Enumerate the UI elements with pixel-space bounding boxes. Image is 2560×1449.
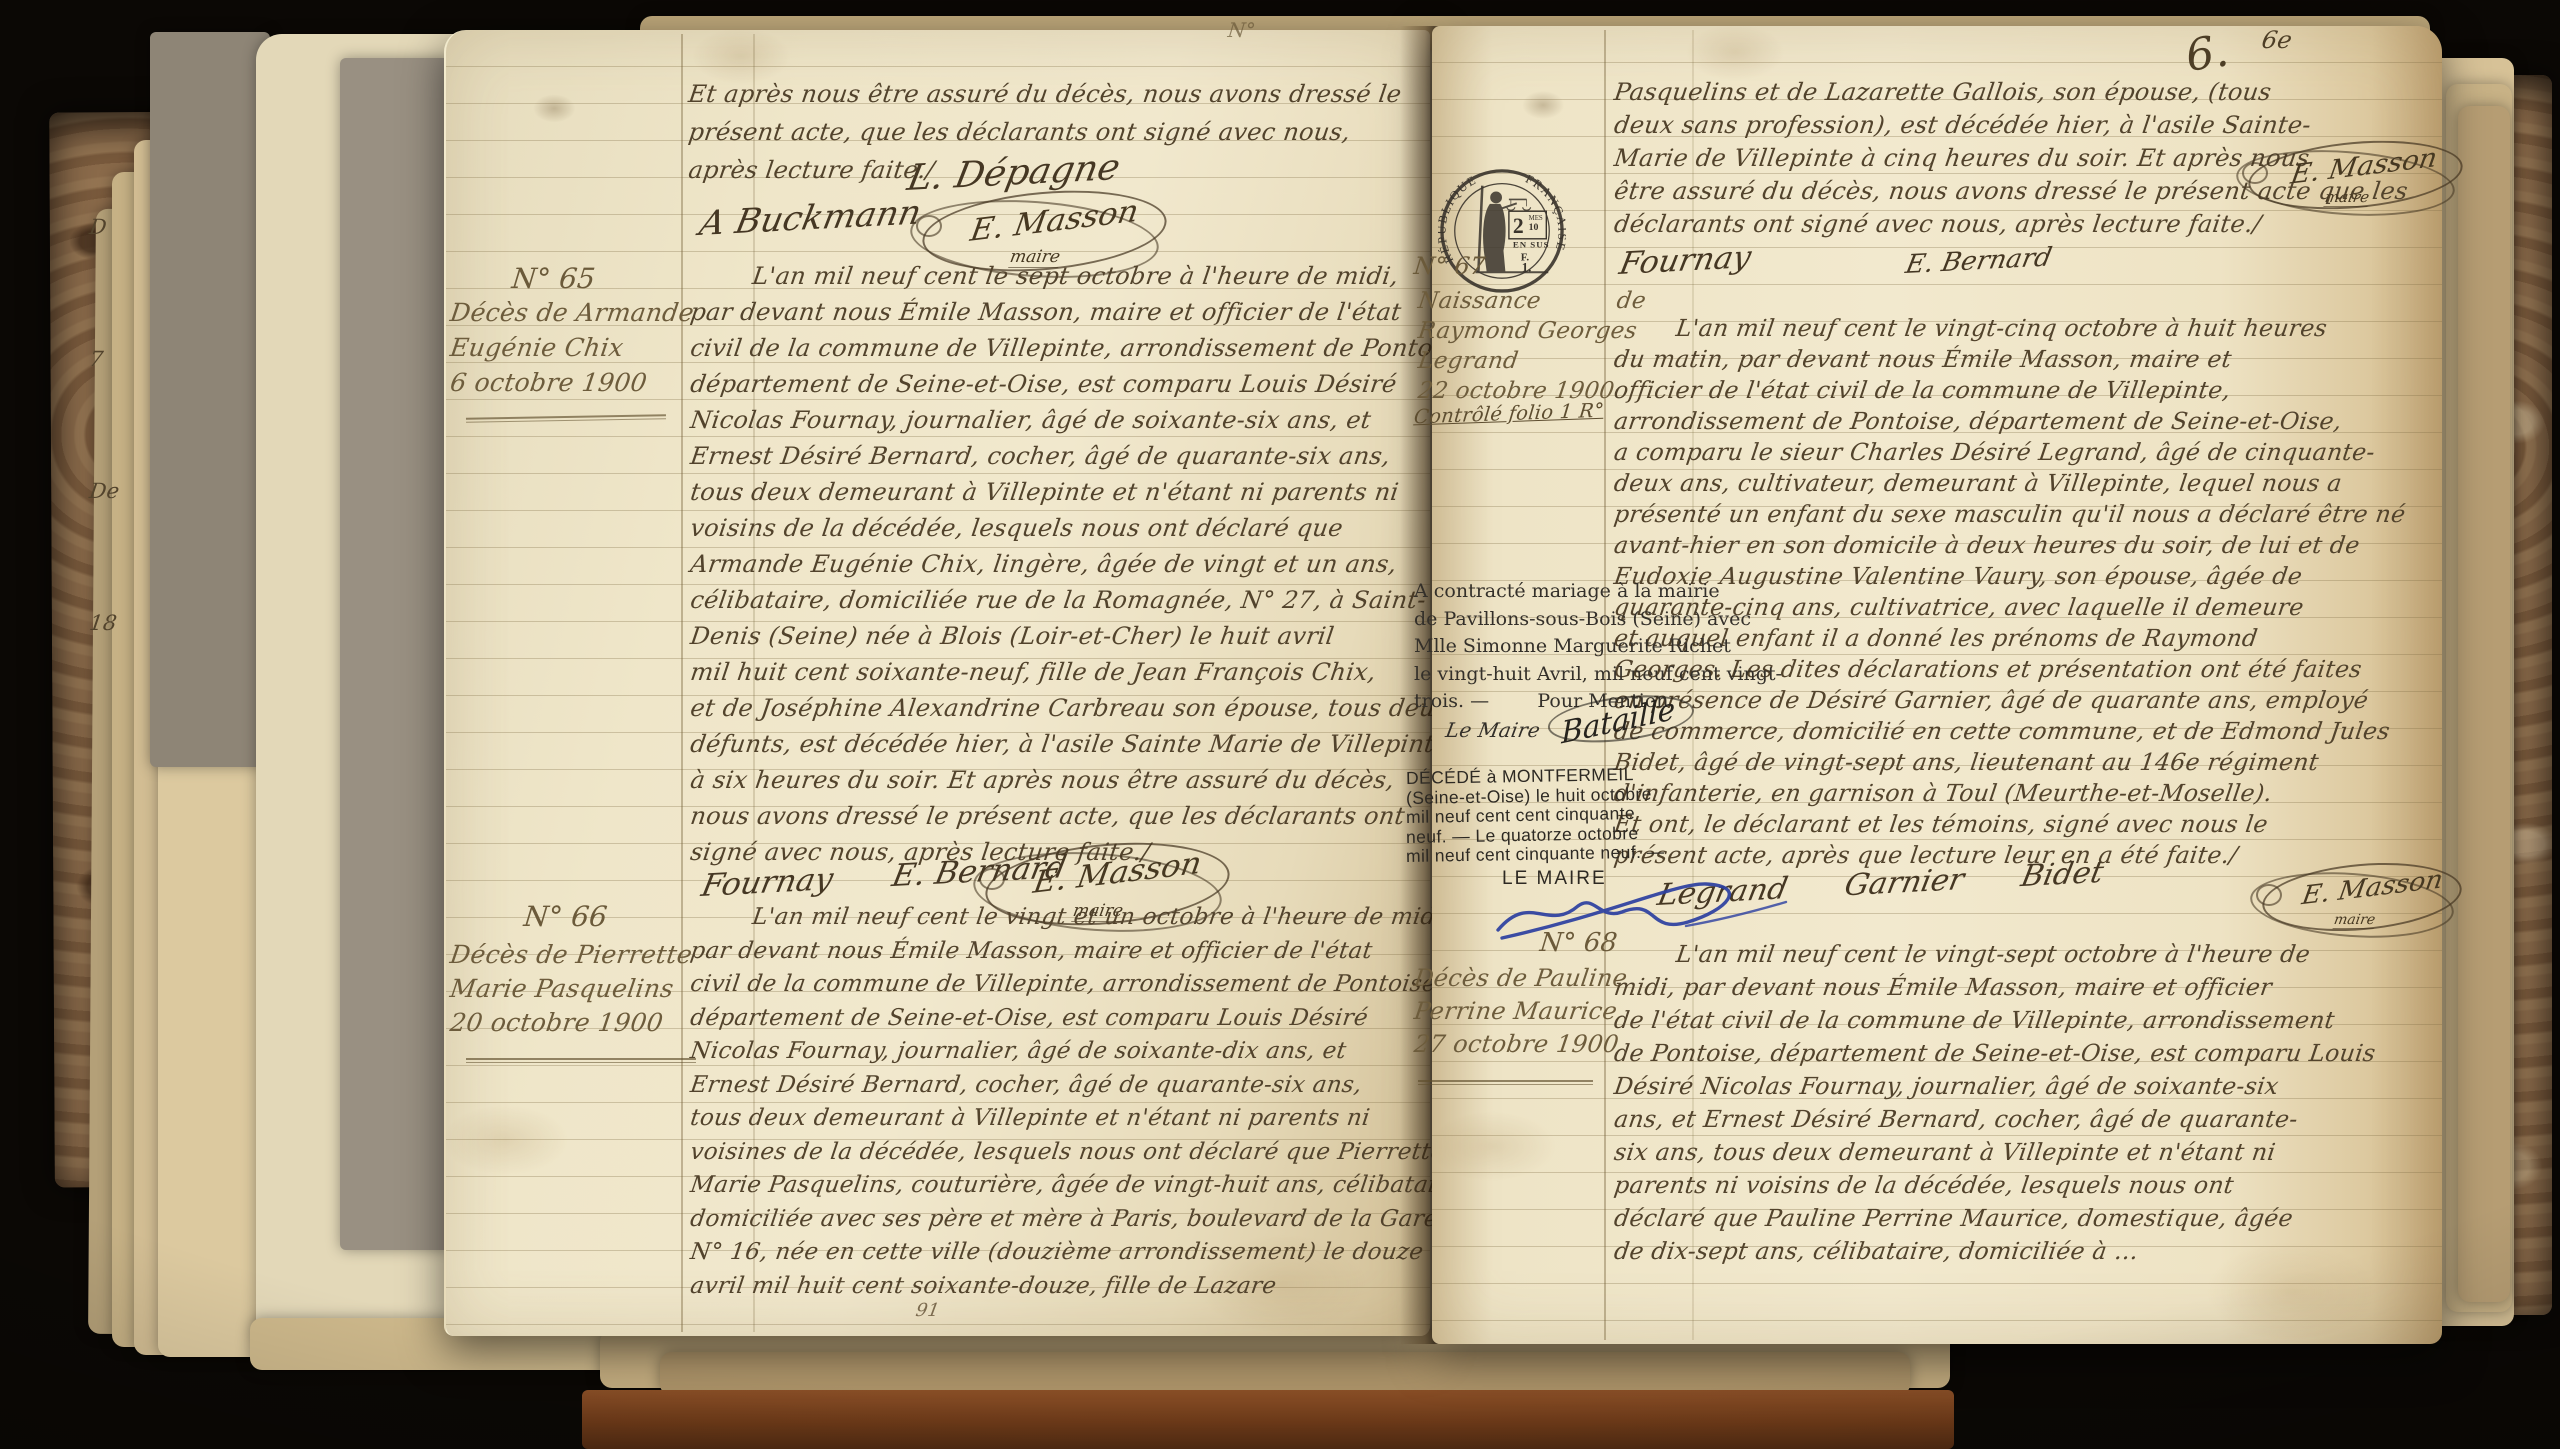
text-line: six ans, tous deux demeurant à Villepint… xyxy=(1612,1138,2442,1171)
left-page-corner-mark: N° xyxy=(1227,18,1257,42)
svg-text:2: 2 xyxy=(1513,214,1524,238)
act-68-number: N° 68 xyxy=(1538,928,1618,958)
text-line: de dix-sept ans, célibataire, domiciliée… xyxy=(1612,1237,2442,1270)
mayor-title: maire xyxy=(2324,188,2371,207)
text-line: L'an mil neuf cent le vingt et un octobr… xyxy=(688,904,1383,938)
text-line: voisins de la décédée, lesquels nous ont… xyxy=(687,514,1372,550)
text-line: Marie Pasquelins, couturière, âgée de vi… xyxy=(688,1172,1383,1206)
margin-note-act-65: Décès de ArmandeEugénie Chix6 octobre 19… xyxy=(450,298,680,403)
stamp-value: 2 MES 10 EN SUS F. 1. xyxy=(1509,211,1550,274)
text-line: 6 octobre 1900 xyxy=(448,368,683,403)
marriage-marginal-note: A contracté mariage à la mairiede Pavill… xyxy=(1414,580,1614,718)
text-line: Désiré Nicolas Fournay, journalier, âgé … xyxy=(1612,1072,2442,1105)
text-line: Legrand xyxy=(1416,348,1620,378)
text-line: avril mil huit cent soixante-douze, fill… xyxy=(688,1273,1383,1307)
text-line: deux ans, cultivateur, demeurant à Ville… xyxy=(1612,469,2441,500)
text-line: de Pontoise, département de Seine-et-Ois… xyxy=(1612,1039,2442,1072)
text-line: d'infanterie, en garnison à Toul (Meurth… xyxy=(1612,779,2441,810)
text-line: mil neuf cent cinquante neuf. — xyxy=(1406,842,1636,866)
text-line: ans, et Ernest Désiré Bernard, cocher, â… xyxy=(1612,1105,2442,1138)
text-line: A contracté mariage à la mairie xyxy=(1414,580,1614,608)
text-line: Eugénie Chix xyxy=(448,333,683,368)
witness-signature: Fournay xyxy=(1616,239,1754,282)
signature-flourish xyxy=(2256,884,2282,906)
act-65-number: N° 65 xyxy=(510,262,596,295)
gray-divider-sheet xyxy=(340,58,450,1250)
mayor-title: maire xyxy=(2333,912,2377,929)
text-line: Armande Eugénie Chix, lingère, âgée de v… xyxy=(687,550,1372,586)
page-pencil-note: 91 xyxy=(914,1300,941,1321)
text-line: 27 octobre 1900 xyxy=(1412,1030,1627,1063)
margin-note-act-66: Décès de PierretteMarie Pasquelins20 oct… xyxy=(450,940,690,1042)
text-line: Bidet, âgé de vingt-sept ans, lieutenant… xyxy=(1612,748,2441,779)
text-line: L'an mil neuf cent le vingt-cinq octobre… xyxy=(1612,314,2441,345)
text-line: parents ni voisins de la décédée, lesque… xyxy=(1612,1171,2442,1204)
signature-flourish xyxy=(979,868,1005,890)
wooden-table-bar xyxy=(582,1390,1954,1449)
text-line: Nicolas Fournay, journalier, âgé de soix… xyxy=(687,406,1372,442)
text-line: N° 16, née en cette ville (douzième arro… xyxy=(688,1239,1383,1273)
act-67-number: N° 67 xyxy=(1413,252,1487,280)
text-line: à six heures du soir. Et après nous être… xyxy=(687,766,1372,802)
text-line: département de Seine-et-Oise, est compar… xyxy=(687,370,1372,406)
text-line: tous deux demeurant à Villepinte et n'ét… xyxy=(688,1105,1383,1139)
text-line: du matin, par devant nous Émile Masson, … xyxy=(1612,345,2441,376)
mayor-signature: E. Masson maire xyxy=(922,192,1167,270)
margin-underline xyxy=(466,1058,696,1063)
text-line: et de Joséphine Alexandrine Carbreau son… xyxy=(687,694,1372,730)
margin-note-act-67: Naissance deRaymond GeorgesLegrand22 oct… xyxy=(1418,288,1618,408)
svg-text:10: 10 xyxy=(1529,222,1539,233)
text-line: par devant nous Émile Masson, maire et o… xyxy=(687,298,1372,334)
text-line: Nicolas Fournay, journalier, âgé de soix… xyxy=(688,1038,1383,1072)
margin-note-act-68: Décès de PaulinePerrine Maurice27 octobr… xyxy=(1414,964,1624,1063)
text-line: Marie Pasquelins xyxy=(448,974,693,1008)
text-line: Perrine Maurice xyxy=(1412,997,1627,1030)
text-line: officier de l'état civil de la commune d… xyxy=(1612,376,2441,407)
marriage-note-closing: Le Maire xyxy=(1444,718,1542,742)
text-line: Eudoxie Augustine Valentine Vaury, son é… xyxy=(1612,562,2441,593)
left-page-column-rule xyxy=(681,34,683,1332)
text-line: le vingt-huit Avril, mil neuf cent vingt… xyxy=(1414,663,1614,691)
text-line: avant-hier en son domicile à deux heures… xyxy=(1612,531,2441,562)
text-line: tous deux demeurant à Villepinte et n'ét… xyxy=(687,478,1372,514)
act-66-body: L'an mil neuf cent le vingt et un octobr… xyxy=(690,904,1380,1306)
text-line: en présence de Désiré Garnier, âgé de qu… xyxy=(1612,686,2441,717)
text-line: par devant nous Émile Masson, maire et o… xyxy=(688,938,1383,972)
text-line: Décès de Pierrette xyxy=(448,940,693,974)
svg-text:EN SUS: EN SUS xyxy=(1513,240,1550,250)
text-line: Ernest Désiré Bernard, cocher, âgé de qu… xyxy=(688,1072,1383,1106)
text-line: civil de la commune de Villepinte, arron… xyxy=(687,334,1372,370)
mayor-signature: E. Masson maire xyxy=(2248,142,2463,208)
text-line: de Pavillons-sous-Bois (Seine) avec xyxy=(1414,608,1614,636)
mayor-signature: E. Masson maire xyxy=(2262,864,2462,930)
text-line: voisines de la décédée, lesquels nous on… xyxy=(688,1139,1383,1173)
svg-text:1.: 1. xyxy=(1522,260,1532,274)
text-line: deux sans profession), est décédée hier,… xyxy=(1612,111,2437,144)
folio-number-small: 6e xyxy=(2260,26,2295,54)
text-line: midi, par devant nous Émile Masson, mair… xyxy=(1612,973,2442,1006)
text-line: L'an mil neuf cent le sept octobre à l'h… xyxy=(687,262,1372,298)
text-line: Décès de Pauline xyxy=(1412,964,1627,997)
text-line: 20 octobre 1900 xyxy=(448,1008,693,1042)
text-line: déclarants ont signé avec nous, après le… xyxy=(1612,210,2437,243)
gray-blotter-sheet xyxy=(150,32,270,767)
act-68-body: L'an mil neuf cent le vingt-sept octobre… xyxy=(1614,940,2439,1270)
page-stack-right-layer xyxy=(2458,106,2510,1302)
text-line: déclaré que Pauline Perrine Maurice, dom… xyxy=(1612,1204,2442,1237)
text-line: Ernest Désiré Bernard, cocher, âgé de qu… xyxy=(687,442,1372,478)
text-line: présent acte, que les déclarants ont sig… xyxy=(685,118,1370,156)
text-line: a comparu le sieur Charles Désiré Legran… xyxy=(1612,438,2441,469)
stack-writing-fragments: D7De18 xyxy=(82,215,112,743)
text-line: arrondissement de Pontoise, département … xyxy=(1612,407,2441,438)
text-line: de l'état civil de la commune de Villepi… xyxy=(1612,1006,2442,1039)
text-line: présenté un enfant du sexe masculin qu'i… xyxy=(1612,500,2441,531)
text-line: L'an mil neuf cent le vingt-sept octobre… xyxy=(1612,940,2442,973)
text-line: Et ont, le déclarant et les témoins, sig… xyxy=(1612,810,2441,841)
text-line: département de Seine-et-Oise, est compar… xyxy=(688,1005,1383,1039)
text-line: Pasquelins et de Lazarette Gallois, son … xyxy=(1612,78,2437,111)
text-line: Décès de Armande xyxy=(448,298,683,333)
text-line: Mlle Simonne Marguerite Richet xyxy=(1414,635,1614,663)
text-line: Naissance de xyxy=(1416,288,1620,318)
act-65-body: L'an mil neuf cent le sept octobre à l'h… xyxy=(690,262,1370,874)
signature-flourish xyxy=(2242,162,2268,184)
text-line: de commerce, domicilié en cette commune,… xyxy=(1612,717,2441,748)
text-line: défunts, est décédée hier, à l'asile Sai… xyxy=(687,730,1372,766)
text-line: domiciliée avec ses père et mère à Paris… xyxy=(688,1206,1383,1240)
margin-underline xyxy=(1418,1080,1593,1085)
text-line: célibataire, domiciliée rue de la Romagn… xyxy=(687,586,1372,622)
text-line: Et après nous être assuré du décès, nous… xyxy=(685,80,1370,118)
folio-number: 6. xyxy=(2183,25,2232,81)
act-66-number: N° 66 xyxy=(522,900,608,933)
text-line: mil huit cent soixante-neuf, fille de Je… xyxy=(687,658,1372,694)
text-line: Denis (Seine) née à Blois (Loir-et-Cher)… xyxy=(687,622,1372,658)
text-line: nous avons dressé le présent acte, que l… xyxy=(687,802,1372,838)
text-line: Raymond Georges xyxy=(1416,318,1620,348)
deces-montfermeil-stamp: DÉCÉDÉ à MONTFERMEIL(Seine-et-Oise) le h… xyxy=(1406,768,1636,866)
text-line: civil de la commune de Villepinte, arron… xyxy=(688,971,1383,1005)
act-67-body: L'an mil neuf cent le vingt-cinq octobre… xyxy=(1614,314,2439,872)
